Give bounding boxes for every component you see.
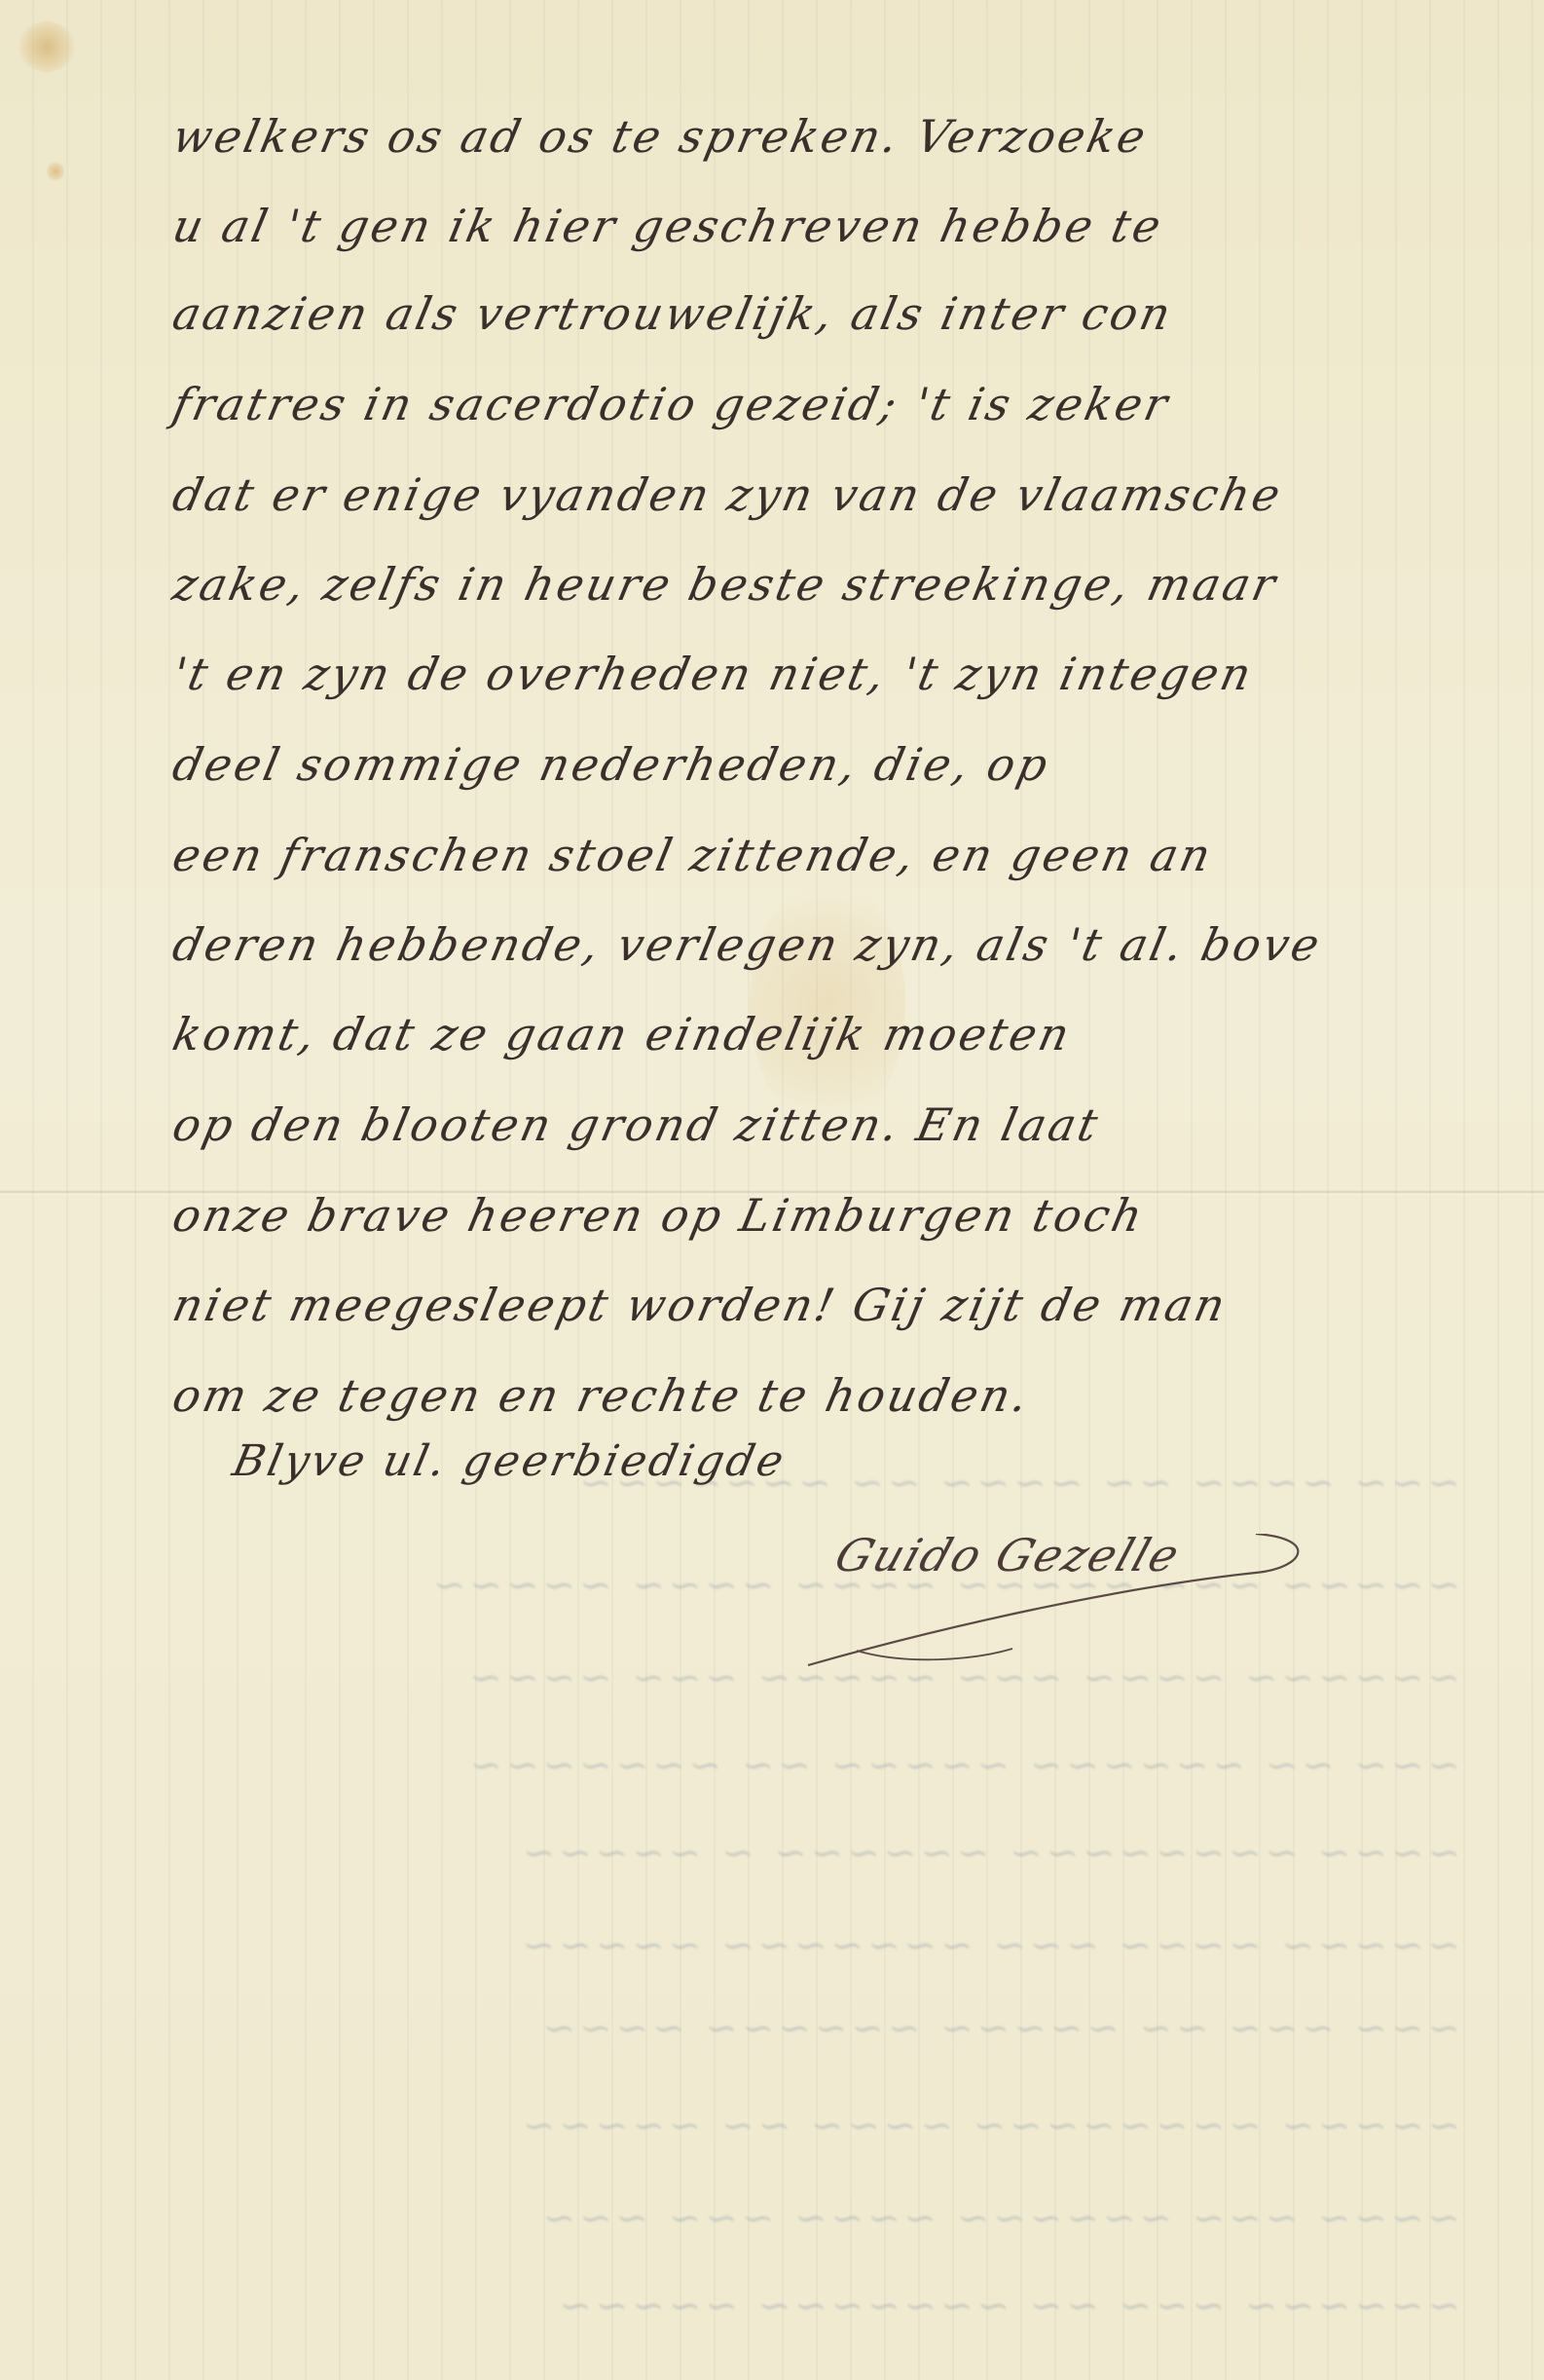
show-through-text: ~~~ ~~~ ~~ ~~~~~ ~~~~~~ ~~~~: [156, 2006, 1460, 2051]
letter-line: een franschen stoel zittende, en geen an: [165, 816, 1221, 894]
foxing-stain: [18, 21, 76, 72]
letter-line: niet meegesleept worden! Gij zijt de man: [165, 1266, 1235, 1344]
letter-line: welkers os ad os te spreken. Verzoeke: [165, 97, 1156, 175]
show-through-text: ~~~~ ~~~~~~~~ ~~~~~~ ~ ~~~~~: [156, 1831, 1460, 1876]
signature-flourish: [798, 1534, 1305, 1670]
letter-line: op den blooten grond zitten. En laat: [165, 1086, 1108, 1164]
letter-line: aanzien als vertrouwelijk, als inter con: [165, 275, 1181, 353]
letter-line: onze brave heeren op Limburgen toch: [165, 1176, 1153, 1254]
letter-line: deel sommige nederheden, die, op: [165, 725, 1057, 803]
letter-line: 't en zyn de overheden niet, 't zyn inte…: [165, 635, 1262, 713]
show-through-text: ~~~~~ ~~~~ ~~~ ~~~~~~~ ~~~~~: [156, 1923, 1460, 1968]
letter-closing: Blyve ul. geerbiedigde: [229, 1436, 791, 1486]
letter-line: zake, zelfs in heure beste streekinge, m…: [165, 545, 1285, 623]
letter-line: dat er enige vyanden zyn van de vlaamsch…: [165, 456, 1290, 534]
letter-line: komt, dat ze gaan eindelijk moeten: [165, 995, 1080, 1073]
letter-line: fratres in sacerdotio gezeid; 't is zeke…: [165, 365, 1178, 443]
letter-line: om ze tegen en rechte te houden.: [165, 1357, 1038, 1434]
show-through-text: ~~~ ~~ ~~~~~~ ~~~~~ ~~ ~~~~~~~: [156, 1743, 1460, 1788]
foxing-stain: [47, 161, 64, 182]
letter-line: u al 't gen ik hier geschreven hebbe te: [165, 187, 1171, 265]
show-through-text: ~~~~~ ~~~~~~~~ ~~~~ ~~ ~~~~~: [156, 2103, 1460, 2148]
show-through-text: ~~~~~~ ~~~ ~~ ~~~~~~~ ~~~~~: [156, 2284, 1460, 2328]
letter-line: deren hebbende, verlegen zyn, als 't al.…: [165, 906, 1330, 984]
show-through-text: ~~~~ ~~~ ~~~~~~ ~~~~ ~~~ ~~~: [156, 2196, 1460, 2241]
